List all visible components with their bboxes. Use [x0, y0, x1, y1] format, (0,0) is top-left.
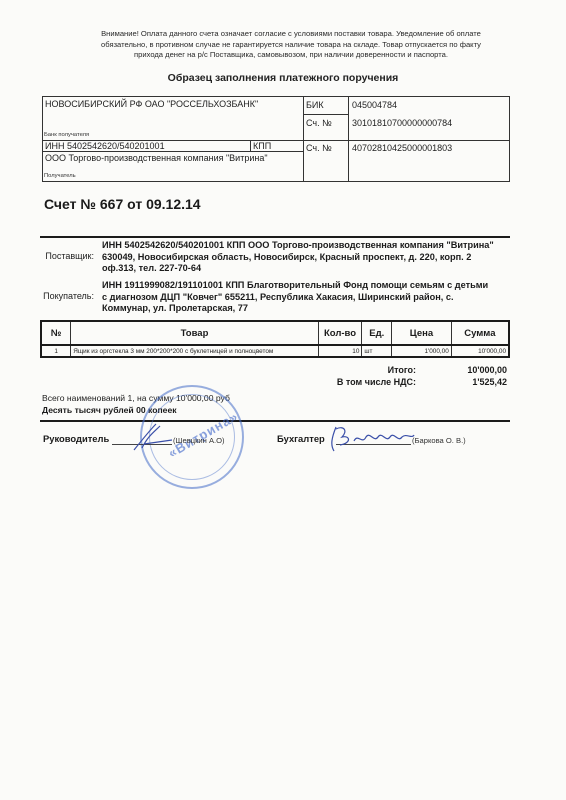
recipient-account-label: Сч. №	[306, 143, 332, 153]
col-header-qty: Кол-во	[318, 321, 362, 345]
table-row: 1 Ящик из оргстекла 3 мм 200*200*200 с б…	[41, 345, 509, 357]
table-header-row: № Товар Кол-во Ед. Цена Сумма	[41, 321, 509, 345]
recipient-caption: Получатель	[44, 173, 76, 179]
row-unit: шт	[362, 345, 392, 357]
supplier-line-2: 630049, Новосибирская область, Новосибир…	[102, 252, 522, 264]
manager-label: Руководитель	[43, 433, 109, 444]
divider	[348, 97, 349, 181]
row-sum: 10'000,00	[451, 345, 509, 357]
buyer-line-2: с диагнозом ДЦП "Ковчег" 655211, Республ…	[102, 292, 522, 304]
divider	[303, 114, 348, 115]
notice-line-2: обязательно, в противном случае не гаран…	[60, 40, 522, 51]
supplier-label: Поставщик:	[36, 251, 94, 261]
notice-line-1: Внимание! Оплата данного счета означает …	[60, 29, 522, 40]
buyer-label: Покупатель:	[36, 291, 94, 301]
supplier-line-3: оф.313, тел. 227-70-64	[102, 263, 522, 275]
payment-notice: Внимание! Оплата данного счета означает …	[60, 29, 522, 61]
items-table: № Товар Кол-во Ед. Цена Сумма 1 Ящик из …	[40, 320, 510, 358]
buyer-details: ИНН 1911999082/191101001 КПП Благотворит…	[102, 280, 522, 315]
row-price: 1'000,00	[392, 345, 452, 357]
buyer-line-1: ИНН 1911999082/191101001 КПП Благотворит…	[102, 280, 522, 292]
row-no: 1	[41, 345, 71, 357]
accountant-label: Бухгалтер	[277, 433, 325, 444]
bik-value: 045004784	[352, 100, 397, 110]
divider	[303, 97, 304, 181]
manager-name: (Шевцкин А.О)	[173, 436, 225, 445]
col-header-no: №	[41, 321, 71, 345]
corr-account-label: Сч. №	[306, 118, 332, 128]
row-product: Ящик из оргстекла 3 мм 200*200*200 с бук…	[71, 345, 318, 357]
col-header-sum: Сумма	[451, 321, 509, 345]
col-header-product: Товар	[71, 321, 318, 345]
divider	[40, 420, 510, 422]
recipient-name: ООО Торгово-производственная компания "В…	[45, 153, 268, 163]
supplier-line-1: ИНН 5402542620/540201001 КПП ООО Торгово…	[102, 240, 522, 252]
bank-name: НОВОСИБИРСКИЙ РФ ОАО "РОССЕЛЬХОЗБАНК"	[45, 99, 258, 109]
supplier-details: ИНН 5402542620/540201001 КПП ООО Торгово…	[102, 240, 522, 275]
buyer-line-3: Коммунар, ул. Пролетарская, 77	[102, 303, 522, 315]
bik-label: БИК	[306, 100, 324, 110]
divider	[43, 151, 303, 152]
total-label: Итого:	[330, 365, 416, 375]
bank-details-table: НОВОСИБИРСКИЙ РФ ОАО "РОССЕЛЬХОЗБАНК" Ба…	[42, 96, 510, 182]
col-header-unit: Ед.	[362, 321, 392, 345]
divider	[250, 141, 251, 151]
vat-value: 1'525,42	[420, 377, 507, 387]
divider	[40, 236, 510, 238]
kpp-label: КПП	[253, 141, 271, 151]
col-header-price: Цена	[392, 321, 452, 345]
accountant-signature-icon	[328, 423, 418, 455]
notice-line-3: прихода денег на р/с Поставщика, самовыв…	[60, 50, 522, 61]
bank-caption: Банк получателя	[44, 132, 89, 138]
row-qty: 10	[318, 345, 362, 357]
vat-label: В том числе НДС:	[300, 377, 416, 387]
total-value: 10'000,00	[420, 365, 507, 375]
invoice-title: Счет № 667 от 09.12.14	[44, 196, 201, 212]
recipient-account-value: 40702810425000001803	[352, 143, 452, 153]
payment-sample-title: Образец заполнения платежного поручения	[0, 72, 566, 84]
accountant-name: (Баркова О. В.)	[412, 436, 466, 445]
corr-account-value: 30101810700000000784	[352, 118, 452, 128]
recipient-inn: ИНН 5402542620/540201001	[45, 141, 165, 151]
